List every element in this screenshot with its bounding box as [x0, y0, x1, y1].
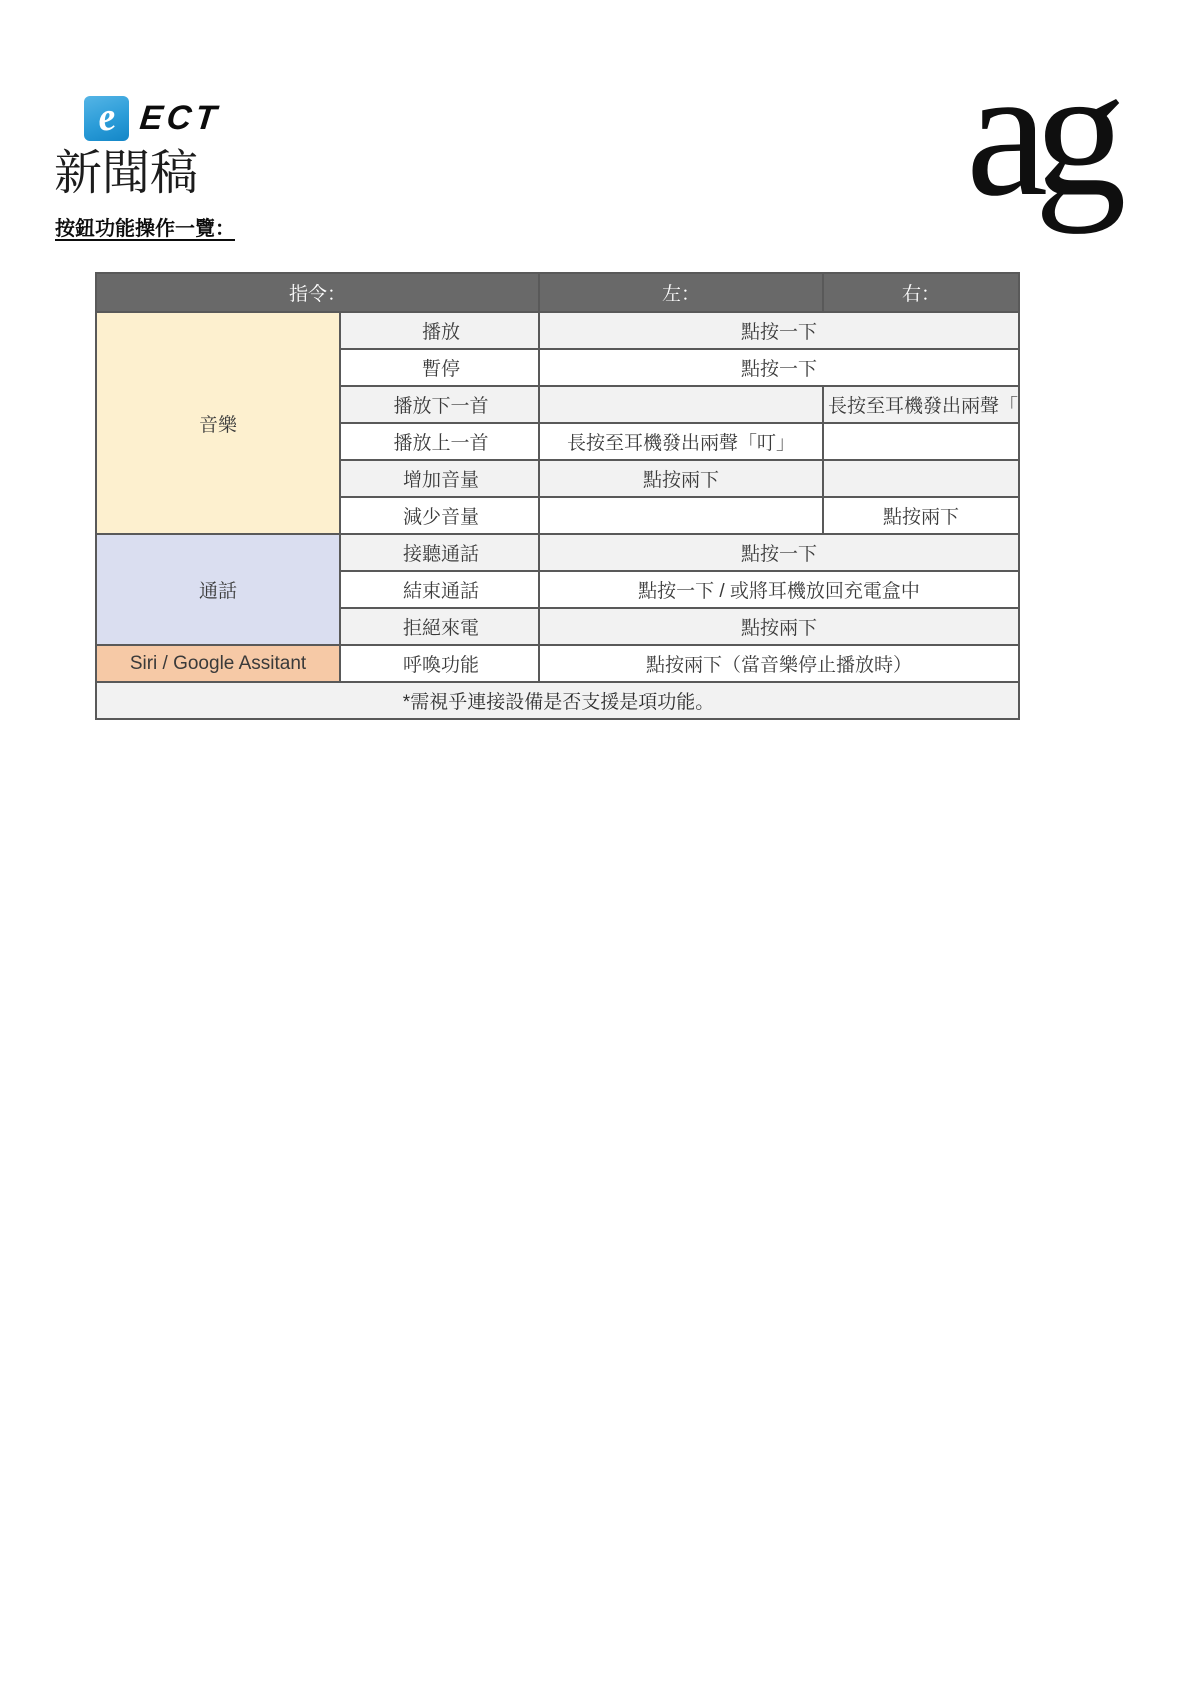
right-command-cell	[823, 423, 1019, 460]
table-header-row: 指令： 左： 右：	[96, 273, 1019, 312]
command-cell: 點按一下	[539, 349, 1019, 386]
right-command-cell	[823, 460, 1019, 497]
table-row: Siri / Google Assitant 呼喚功能 點按兩下（當音樂停止播放…	[96, 645, 1019, 682]
button-functions-table: 指令： 左： 右： 音樂 播放 點按一下 暫停 點按一下 播放下一首 長按至耳機…	[95, 272, 1020, 720]
action-cell: 接聽通話	[340, 534, 539, 571]
action-cell: 呼喚功能	[340, 645, 539, 682]
document-page: e ECT ag 新聞稿 按鈕功能操作一覽： 指令： 左： 右： 音樂 播放 點…	[0, 0, 1191, 1684]
action-cell: 暫停	[340, 349, 539, 386]
left-command-cell	[539, 497, 823, 534]
action-cell: 播放下一首	[340, 386, 539, 423]
action-cell: 結束通話	[340, 571, 539, 608]
command-cell: 點按兩下	[539, 608, 1019, 645]
action-cell: 減少音量	[340, 497, 539, 534]
command-cell: 點按一下	[539, 534, 1019, 571]
ect-logo-icon: e	[84, 96, 129, 141]
category-call: 通話	[96, 534, 340, 645]
document-title: 新聞稿	[54, 146, 198, 201]
footnote-text: *需視乎連接設備是否支援是項功能。	[96, 682, 1019, 719]
command-cell: 點按兩下（當音樂停止播放時）	[539, 645, 1019, 682]
section-heading: 按鈕功能操作一覽：	[55, 212, 235, 241]
table-footnote-row: *需視乎連接設備是否支援是項功能。	[96, 682, 1019, 719]
right-command-cell: 點按兩下	[823, 497, 1019, 534]
left-command-cell	[539, 386, 823, 423]
category-music: 音樂	[96, 312, 340, 534]
ect-logo-e-glyph: e	[95, 95, 118, 137]
table-row: 音樂 播放 點按一下	[96, 312, 1019, 349]
header-left: 左：	[539, 273, 823, 312]
action-cell: 拒絕來電	[340, 608, 539, 645]
left-command-cell: 長按至耳機發出兩聲「叮」	[539, 423, 823, 460]
command-cell: 點按一下	[539, 312, 1019, 349]
header-command: 指令：	[96, 273, 539, 312]
ect-logo: e ECT	[84, 96, 220, 141]
action-cell: 播放上一首	[340, 423, 539, 460]
ect-logo-text: ECT	[138, 99, 222, 138]
right-command-cell: 長按至耳機發出兩聲「叮」	[823, 386, 1019, 423]
left-command-cell: 點按兩下	[539, 460, 823, 497]
action-cell: 播放	[340, 312, 539, 349]
ag-brand-logo: ag	[966, 40, 1113, 225]
category-siri-google-assistant: Siri / Google Assitant	[96, 645, 340, 682]
table-row: 通話 接聽通話 點按一下	[96, 534, 1019, 571]
action-cell: 增加音量	[340, 460, 539, 497]
command-cell: 點按一下 / 或將耳機放回充電盒中	[539, 571, 1019, 608]
header-right: 右：	[823, 273, 1019, 312]
